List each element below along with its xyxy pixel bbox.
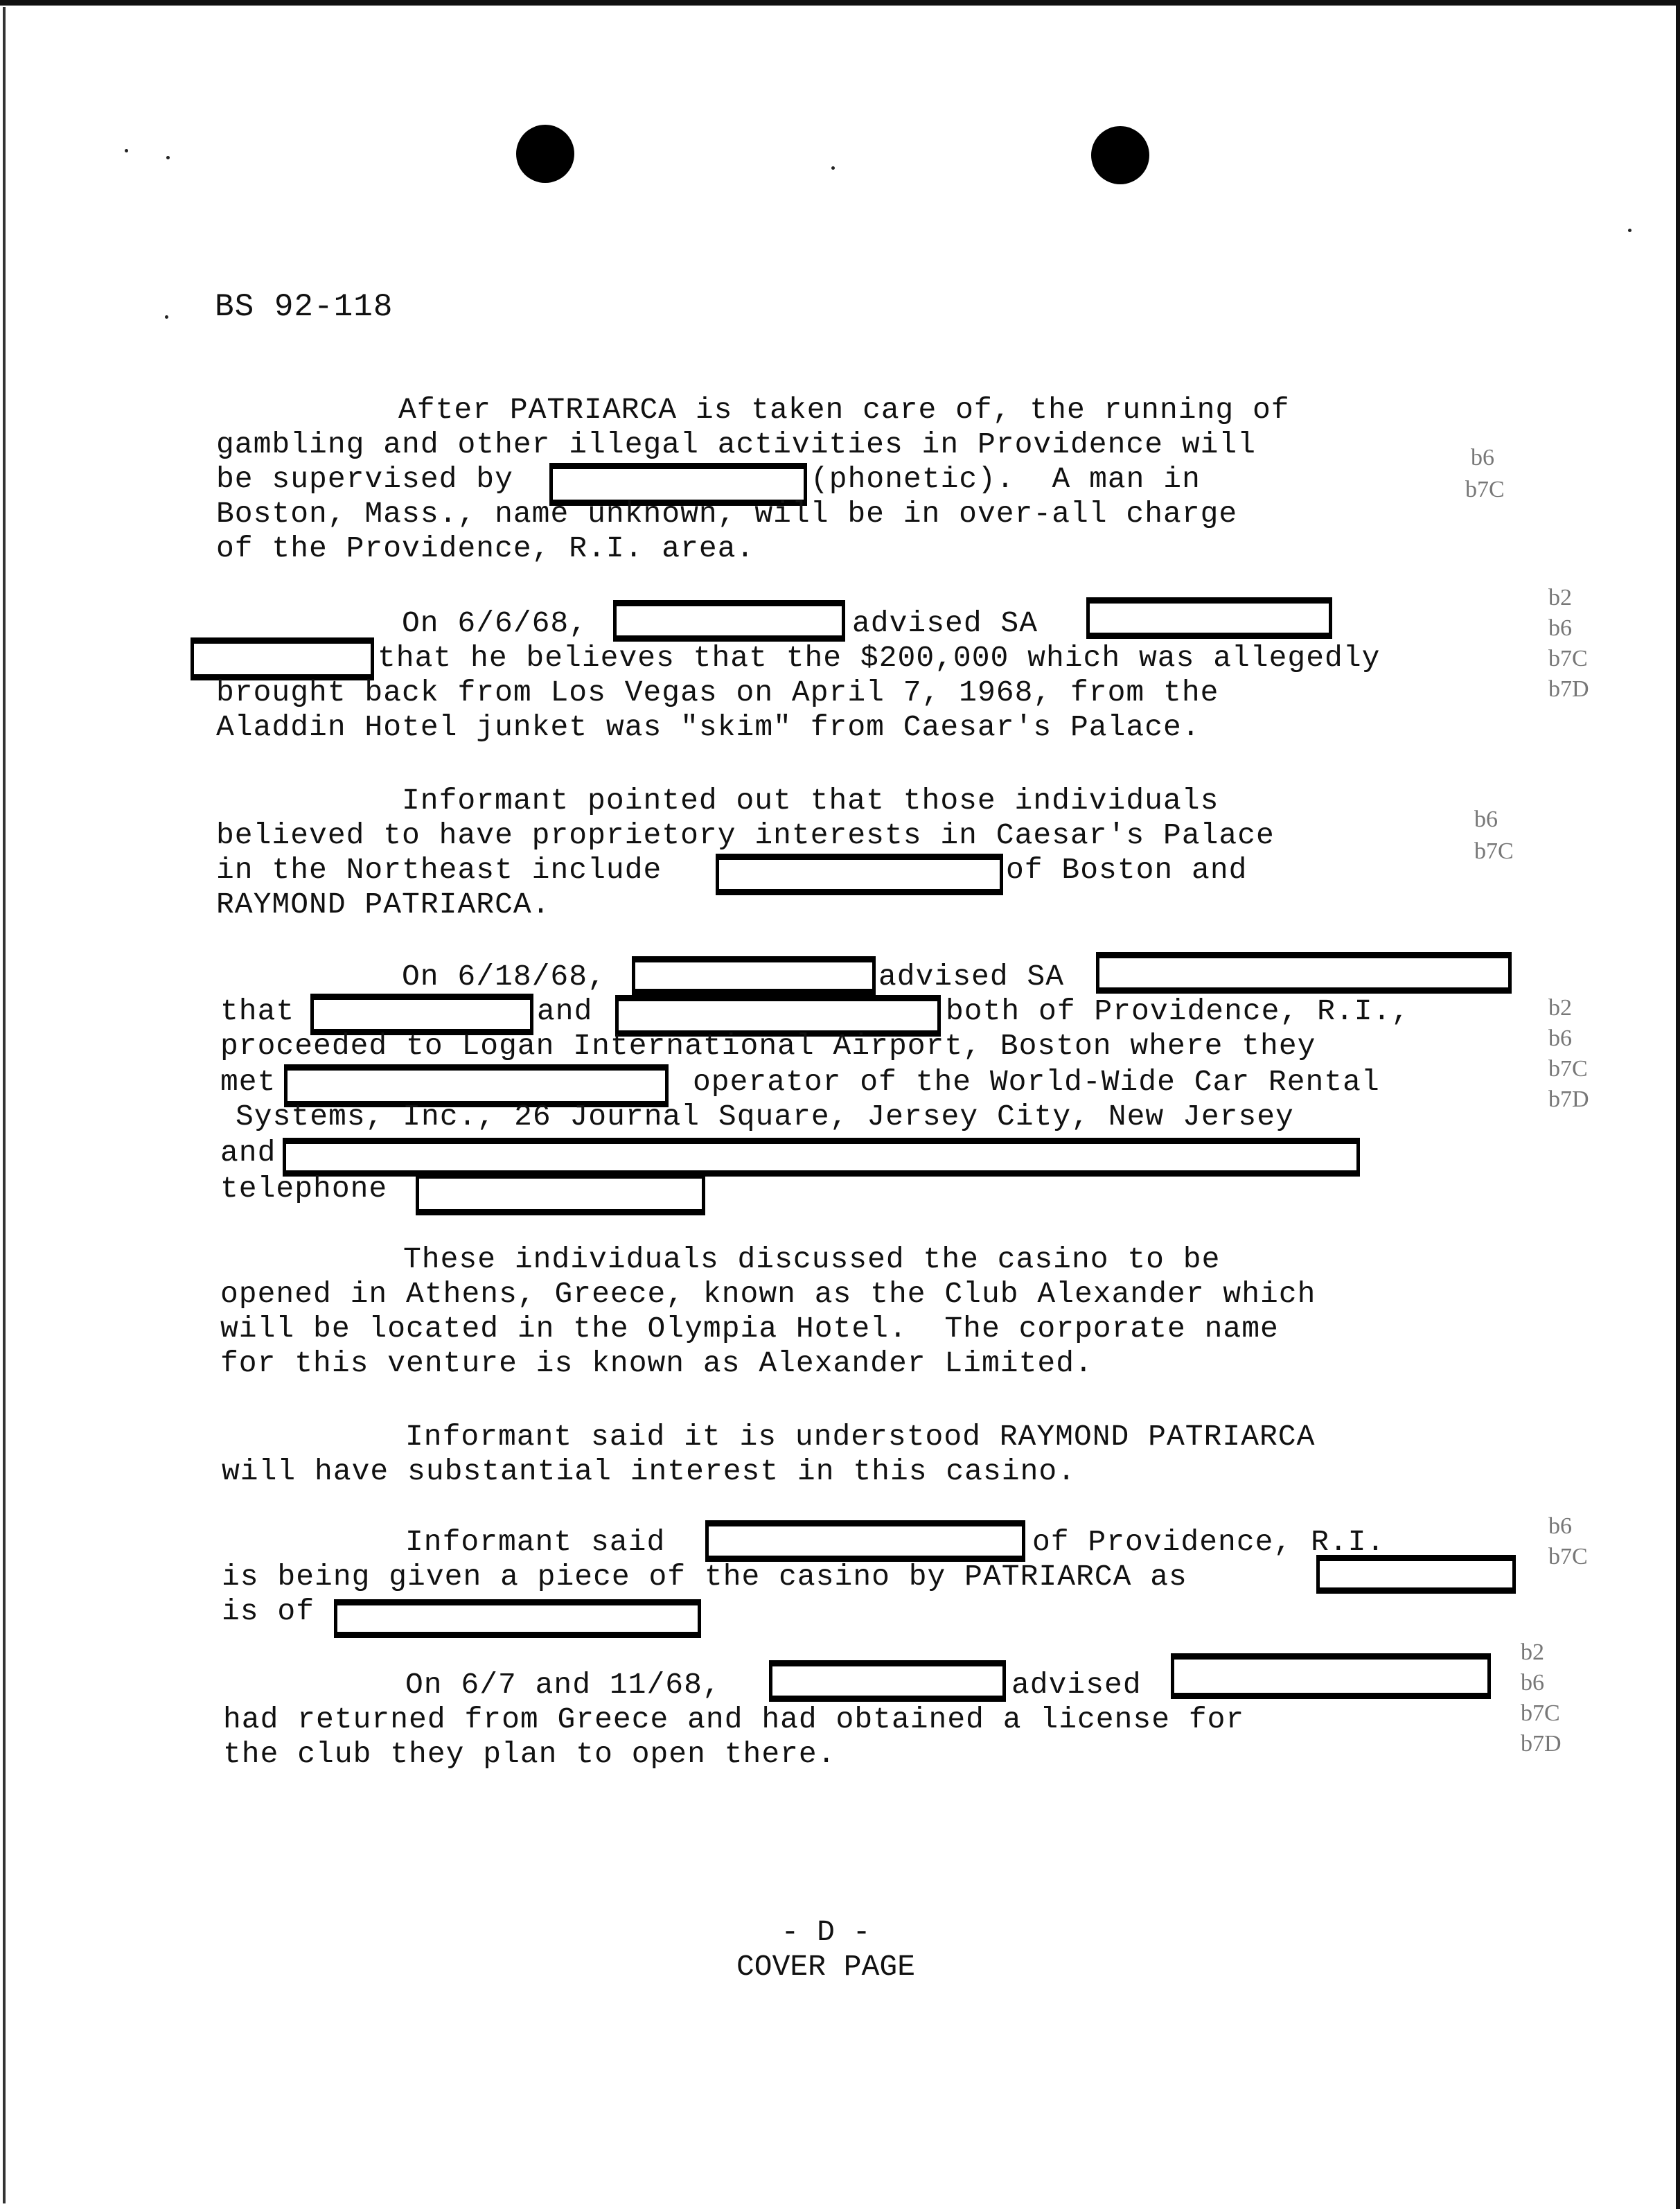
text-line: both of Providence, R.I., xyxy=(946,994,1410,1029)
text-line: Aladdin Hotel junket was "skim" from Cae… xyxy=(216,710,1201,745)
redaction-box xyxy=(1171,1653,1491,1699)
exemption-code: b7C xyxy=(1548,1053,1588,1085)
redaction-box xyxy=(1096,952,1512,994)
text-line: After PATRIARCA is taken care of, the ru… xyxy=(398,392,1290,428)
text-line: Systems, Inc., 26 Journal Square, Jersey… xyxy=(236,1099,1294,1134)
scan-speck xyxy=(166,156,170,159)
scan-speck xyxy=(125,149,128,152)
punch-hole-left xyxy=(516,125,574,183)
exemption-code: b2 xyxy=(1521,1637,1544,1669)
punch-hole-right xyxy=(1091,126,1149,184)
exemption-code: b6 xyxy=(1521,1667,1544,1699)
exemption-code: b6 xyxy=(1474,804,1498,836)
text-line: believed to have proprietory interests i… xyxy=(216,818,1275,853)
exemption-code: b6 xyxy=(1548,1023,1572,1055)
text-line: On 6/18/68, xyxy=(402,959,606,994)
exemption-code: b7D xyxy=(1548,1084,1589,1116)
text-line: Informant said it is understood RAYMOND … xyxy=(405,1419,1315,1454)
redaction-box xyxy=(632,956,876,995)
exemption-code: b7C xyxy=(1474,836,1514,868)
scan-border-top xyxy=(0,0,1680,6)
text-line: telephone xyxy=(220,1171,387,1206)
text-line: and xyxy=(537,994,592,1029)
scan-border-right xyxy=(1676,0,1680,2209)
text-line: will have substantial interest in this c… xyxy=(222,1454,1076,1489)
redaction-box xyxy=(1316,1555,1516,1594)
file-number: BS 92-118 xyxy=(215,290,393,325)
exemption-code: b6 xyxy=(1471,442,1494,474)
text-line: These individuals discussed the casino t… xyxy=(403,1242,1220,1277)
text-line: for this venture is known as Alexander L… xyxy=(220,1346,1093,1381)
text-line: is of xyxy=(222,1594,315,1629)
redaction-box xyxy=(283,1138,1360,1177)
text-line: brought back from Los Vegas on April 7, … xyxy=(216,675,1219,710)
exemption-code: b7D xyxy=(1521,1728,1562,1760)
text-line: of Boston and xyxy=(1006,852,1247,888)
text-line: of the Providence, R.I. area. xyxy=(216,531,754,566)
exemption-code: b2 xyxy=(1548,582,1572,614)
redaction-box xyxy=(769,1660,1006,1702)
text-line: Boston, Mass., name unknown, will be in … xyxy=(216,496,1237,531)
text-line: and xyxy=(220,1135,276,1170)
page-marker: - D - xyxy=(687,1915,964,1949)
exemption-code: b7C xyxy=(1548,643,1588,675)
text-line: (phonetic). A man in xyxy=(811,461,1201,497)
redaction-box xyxy=(705,1520,1025,1562)
text-line: in the Northeast include xyxy=(216,852,662,888)
text-line: Informant pointed out that those individ… xyxy=(402,783,1219,818)
text-line: On 6/6/68, xyxy=(402,606,587,641)
text-line: be supervised by xyxy=(216,461,513,497)
text-line: is being given a piece of the casino by … xyxy=(222,1559,1187,1594)
text-line: advised SA xyxy=(852,606,1038,641)
scan-speck xyxy=(1628,229,1632,232)
scan-border-left xyxy=(3,7,6,2203)
scan-speck xyxy=(831,166,835,170)
redaction-box xyxy=(334,1599,701,1638)
redaction-box xyxy=(613,600,845,642)
text-line: the club they plan to open there. xyxy=(223,1736,836,1772)
exemption-code: b6 xyxy=(1548,613,1572,644)
exemption-code: b7C xyxy=(1521,1698,1560,1730)
text-line: operator of the World-Wide Car Rental xyxy=(693,1064,1380,1100)
text-line: will be located in the Olympia Hotel. Th… xyxy=(220,1311,1279,1346)
cover-page-label: COVER PAGE xyxy=(687,1950,964,1984)
text-line: RAYMOND PATRIARCA. xyxy=(216,887,550,922)
text-line: met xyxy=(220,1064,276,1100)
document-page: BS 92-118 After PATRIARCA is taken care … xyxy=(0,0,1680,2209)
text-line: had returned from Greece and had obtaine… xyxy=(223,1702,1244,1737)
text-line: On 6/7 and 11/68, xyxy=(405,1667,721,1702)
text-line: Informant said xyxy=(405,1524,665,1560)
text-line: opened in Athens, Greece, known as the C… xyxy=(220,1276,1316,1312)
text-line: proceeded to Logan International Airport… xyxy=(220,1028,1316,1064)
exemption-code: b2 xyxy=(1548,992,1572,1024)
exemption-code: b7C xyxy=(1548,1541,1588,1573)
redaction-box xyxy=(191,637,374,680)
text-line: that xyxy=(220,994,294,1029)
text-line: gambling and other illegal activities in… xyxy=(216,427,1256,462)
redaction-box xyxy=(716,854,1003,895)
scan-speck xyxy=(165,315,168,319)
redaction-box xyxy=(1086,597,1332,639)
exemption-code: b7C xyxy=(1465,474,1505,506)
exemption-code: b6 xyxy=(1548,1511,1572,1542)
text-line: advised xyxy=(1011,1667,1142,1702)
redaction-box xyxy=(416,1172,705,1215)
exemption-code: b7D xyxy=(1548,674,1589,705)
text-line: advised SA xyxy=(878,959,1064,994)
text-line: that he believes that the $200,000 which… xyxy=(378,640,1380,676)
